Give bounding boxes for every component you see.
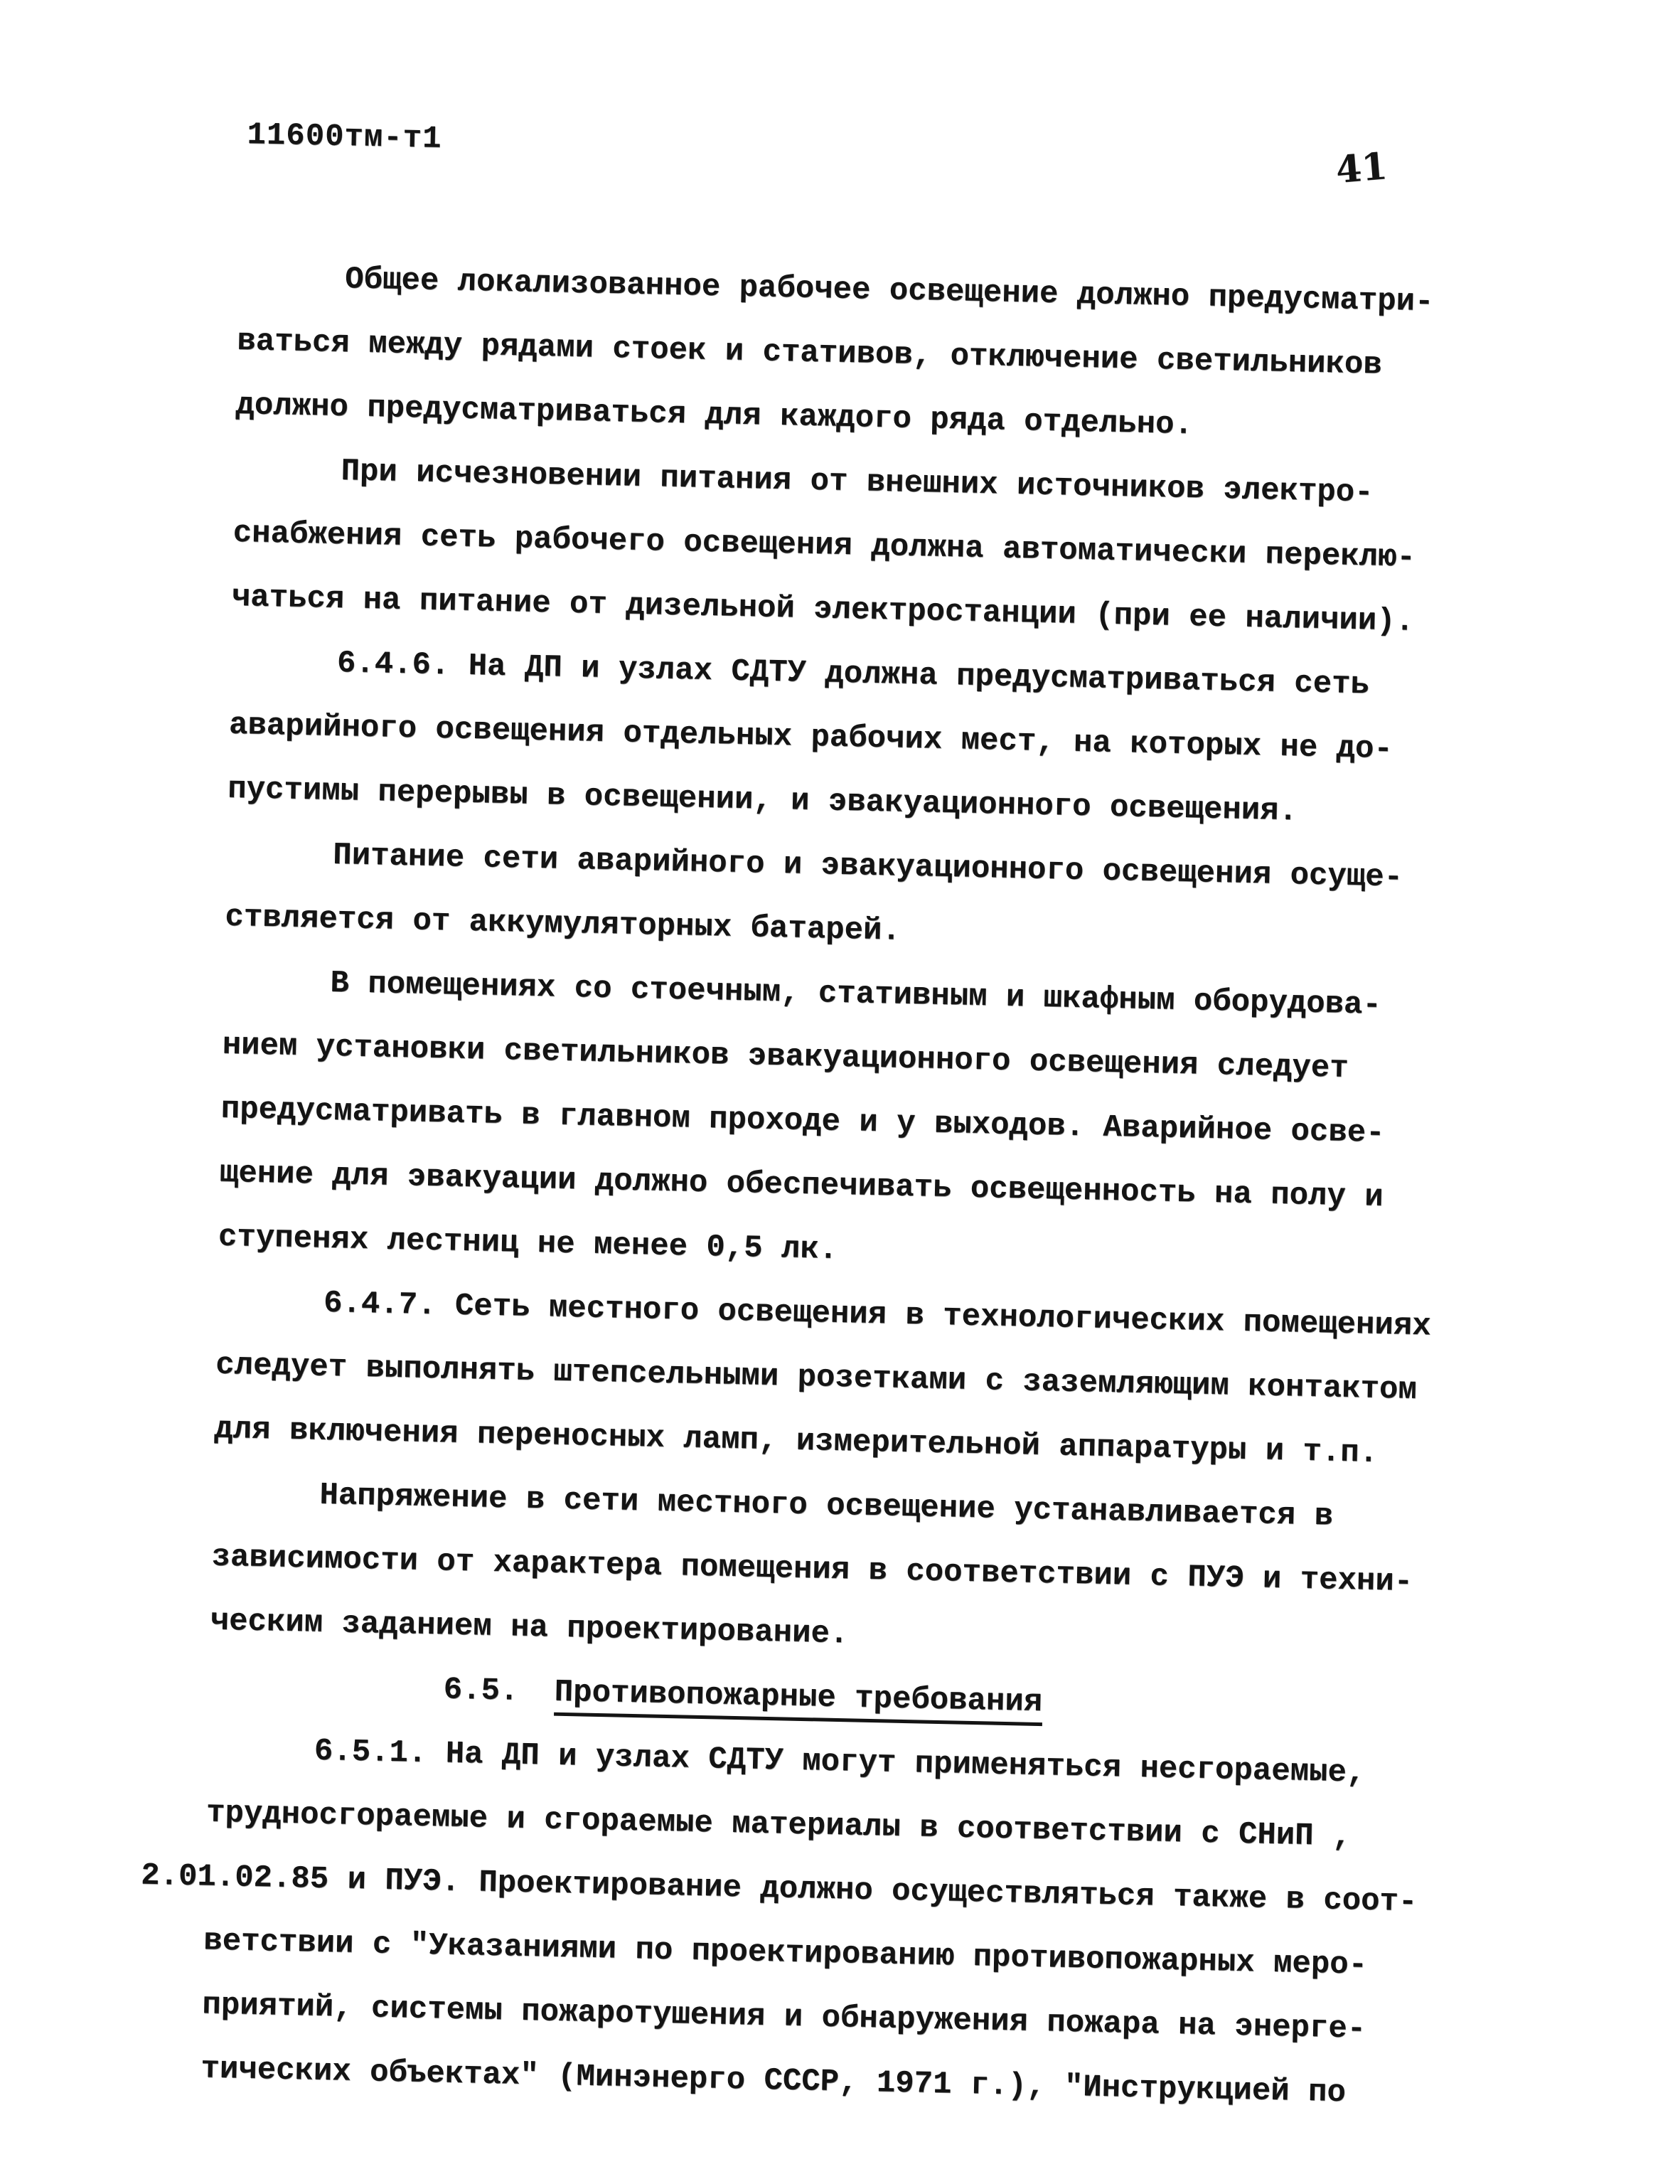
paragraph: При исчезновении питания от внешних исто… <box>231 437 1514 656</box>
section-title: Противопожарные требования <box>554 1675 1043 1726</box>
page-number: 41 <box>1334 144 1389 192</box>
doc-number: 11600тм-т1 <box>247 117 1521 180</box>
paragraph: Общее локализованное рабочее освещение д… <box>235 245 1519 464</box>
paragraph: 6.4.6. На ДП и узлах СДТУ должна предусм… <box>227 629 1510 848</box>
paragraph: 6.5.1. На ДП и узлах СДТУ могут применят… <box>200 1717 1488 2129</box>
paragraph: 6.4.7. Сеть местного освещения в техноло… <box>213 1269 1497 1488</box>
paragraph: Напряжение в сети местного освещение уст… <box>210 1461 1493 1680</box>
page-sheet: 11600тм-т1 41 Общее локализованное рабоч… <box>0 0 1680 2184</box>
section-number: 6.5. <box>443 1672 519 1709</box>
document-content: 11600тм-т1 41 Общее локализованное рабоч… <box>200 117 1521 2128</box>
paragraph: В помещениях со стоечным, стативным и шк… <box>218 949 1504 1296</box>
